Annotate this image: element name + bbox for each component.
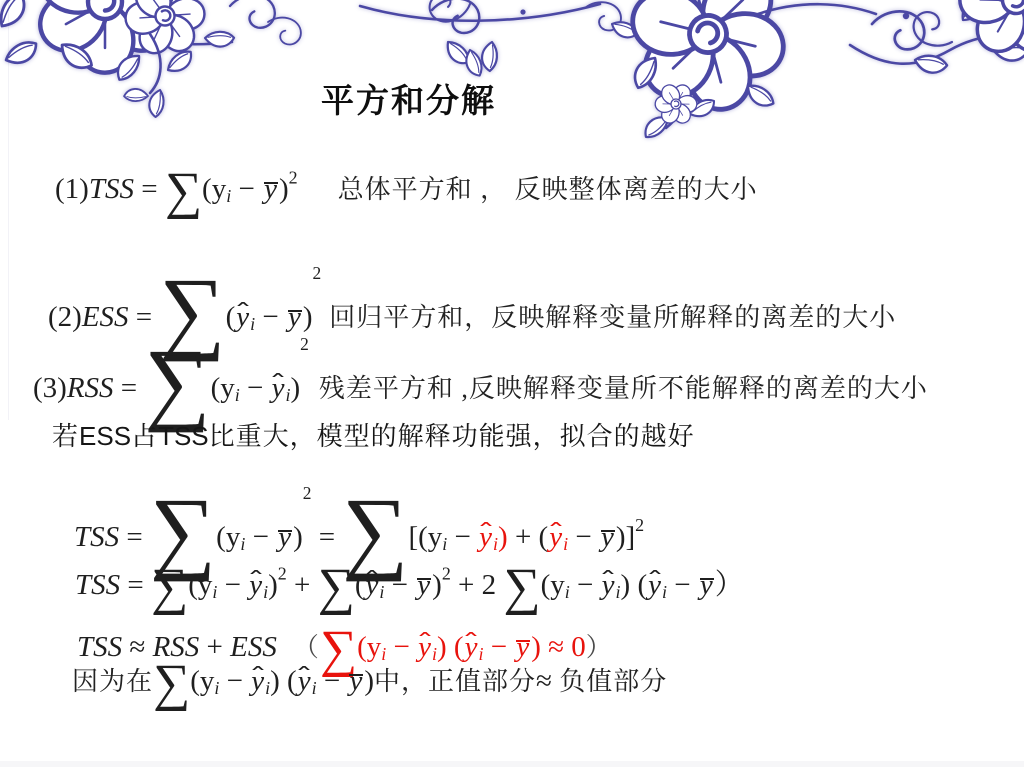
slide: 平方和分解 (1)TSS = ∑(yi − y)2总体平方和 ， 反映整体离差的… (0, 0, 1024, 767)
page-edge-left (8, 0, 9, 420)
note-ess-tss-ratio: 若ESS占TSS比重大，模型的解释功能强，拟合的越好 (52, 424, 695, 450)
slide-title: 平方和分解 (321, 82, 496, 120)
floral-border-decoration (0, 0, 1024, 300)
formula-tss-definition: (1)TSS = ∑(yi − y)2总体平方和 ， 反映整体离差的大小 (55, 175, 758, 204)
formula-tss-expanded-terms: TSS = ∑(yi − ˆyi)2 + ∑(ˆyi − y)2 + 2 ∑(y… (75, 571, 744, 600)
formula-tss-expansion: TSS = ∑(yi − y)2 = ∑[(yi − ˆyi) + (ˆyi −… (74, 493, 644, 552)
formula-rss-definition: (3)RSS = ∑(yi − ˆyi)2残差平方和 ,反映解释变量所不能解释的… (33, 344, 928, 403)
page-edge-bottom (0, 761, 1024, 767)
formula-ess-definition: (2)ESS = ∑(ˆyi − y)2回归平方和，反映解释变量所解释的离差的大… (48, 273, 896, 332)
note-cross-term-cancels: 因为在∑(yi − ˆyi) (ˆyi − y)中，正值部分≈ 负值部分 (72, 667, 667, 696)
